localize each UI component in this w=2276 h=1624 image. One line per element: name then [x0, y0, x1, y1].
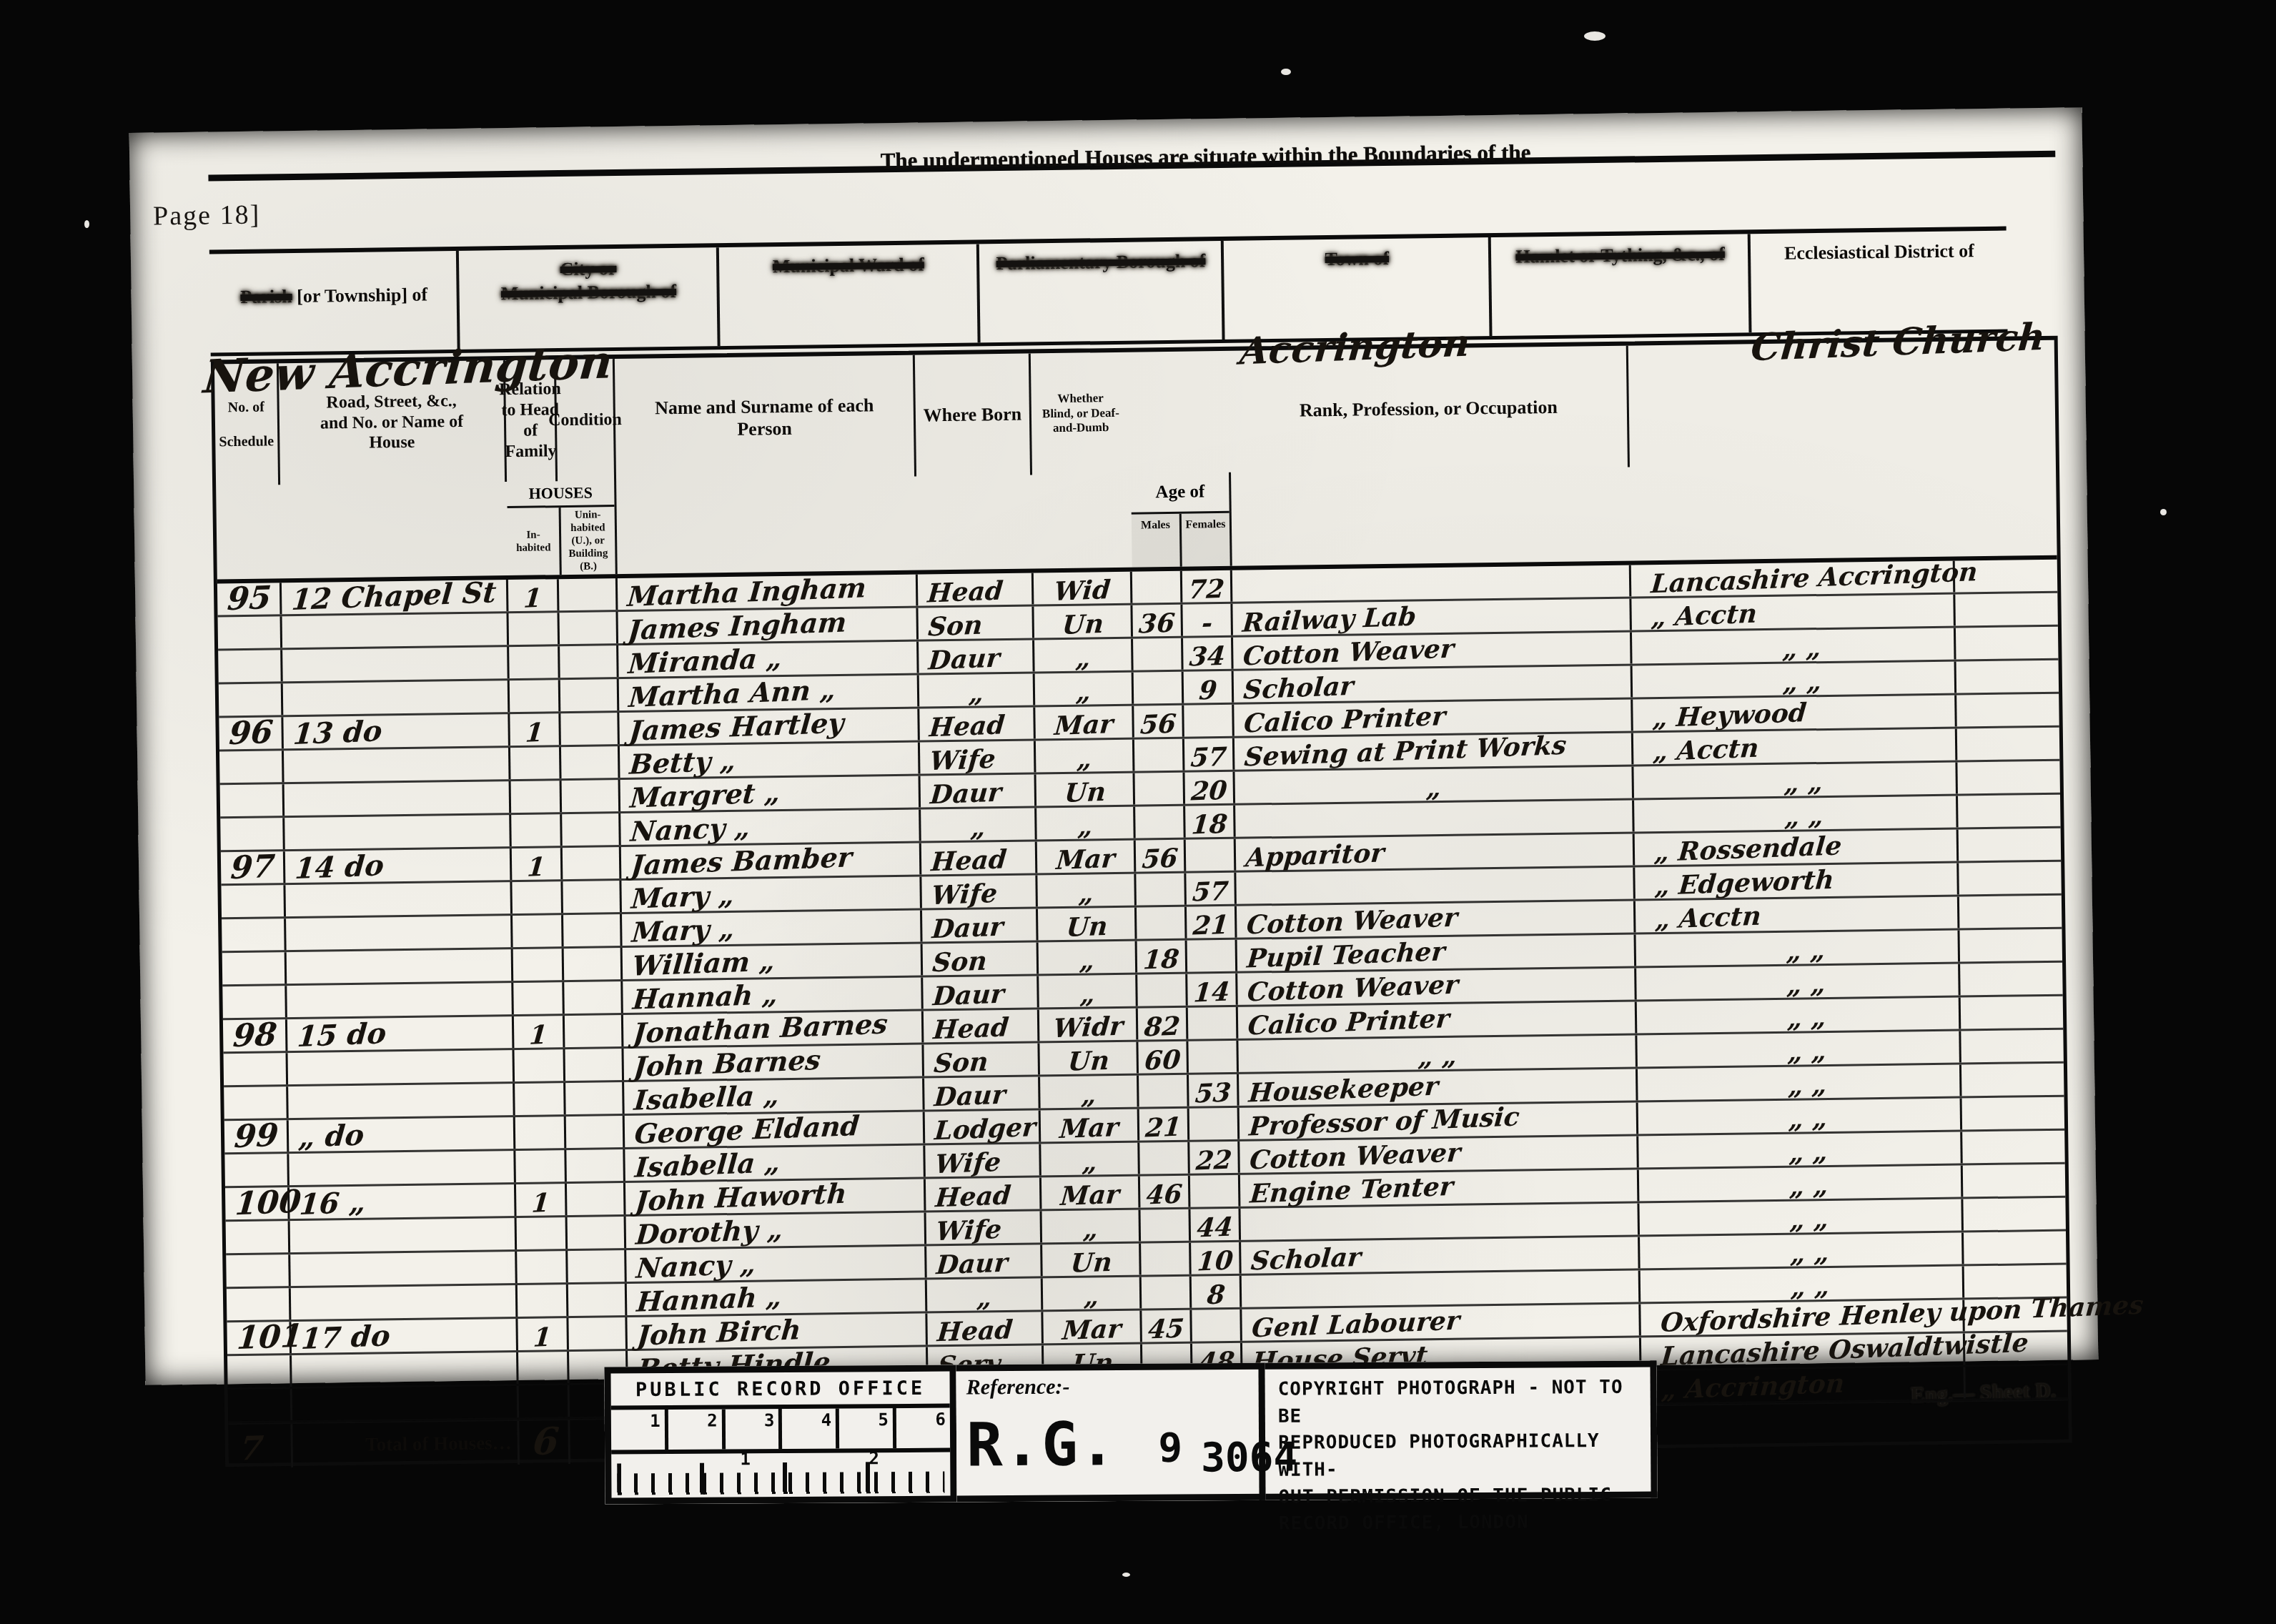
cell-age_f	[1188, 1007, 1239, 1039]
cell-uninh	[568, 1284, 628, 1316]
cell-name: John Birch	[627, 1313, 928, 1348]
ruler-inch-label: 1	[740, 1449, 751, 1469]
district-label-ecclesiastical: Ecclesiastical District of	[1758, 239, 2002, 266]
cell-condition: Mar	[1043, 1311, 1142, 1344]
cell-inh	[510, 680, 561, 712]
cell-condition: „	[1040, 1076, 1139, 1109]
cell-relation: Head	[927, 1312, 1044, 1345]
cell-uninh	[566, 1116, 625, 1148]
cell-condition: „	[1037, 874, 1137, 907]
cell-blind	[1962, 1097, 2058, 1130]
cell-uninh	[559, 612, 618, 644]
cell-inh	[515, 1116, 567, 1149]
cell-relation: „	[919, 673, 1036, 706]
cell-age_m	[1133, 638, 1184, 670]
cell-road	[284, 781, 512, 816]
cell-name: Miranda „	[618, 642, 919, 677]
cell-inh: 1	[508, 579, 560, 611]
cell-blind	[1957, 761, 2053, 794]
district-label-ward: Municipal Ward of	[726, 253, 971, 279]
cell-road	[286, 916, 513, 950]
pro-stamp-copyright-section: COPYRIGHT PHOTOGRAPH - NOT TO BE REPRODU…	[1265, 1361, 1657, 1500]
cell-age_f: 20	[1184, 772, 1235, 804]
cell-age_m	[1141, 1243, 1192, 1275]
cell-born: „ Rossendale	[1635, 830, 1959, 866]
cell-born: Lancashire Accrington	[1631, 561, 1956, 597]
cell-blind	[1960, 963, 2056, 996]
cell-born: „ „	[1634, 796, 1959, 832]
district-label-parliamentary: Parliamentary Borough of	[986, 249, 1216, 276]
cell-born: „ „	[1639, 1199, 1964, 1234]
cell-age_m	[1139, 1142, 1190, 1174]
cell-occupation: Railway Lab	[1232, 599, 1632, 635]
cell-occupation: Housekeeper	[1239, 1069, 1638, 1105]
cell-uninh	[565, 1049, 624, 1081]
cell-age_f	[1190, 1175, 1241, 1207]
reference-piece: 9	[1158, 1425, 1182, 1472]
cell-uninh	[563, 881, 622, 913]
cell-blind	[1961, 1030, 2057, 1063]
cell-road	[287, 983, 514, 1017]
column-header-name: Name and Surname of each Person	[615, 355, 916, 480]
cell-age_m	[1134, 739, 1185, 771]
ruler-cm-cell: 5	[839, 1408, 896, 1448]
cell-age_m	[1137, 907, 1187, 939]
cell-uninh	[559, 578, 618, 610]
cell-name: Nancy „	[620, 810, 921, 845]
film-speck	[1122, 1573, 1130, 1577]
cell-inh: 1	[514, 1016, 565, 1048]
cell-occupation: Professor of Music	[1240, 1102, 1639, 1139]
cell-schedule	[227, 1355, 292, 1387]
cell-blind	[1961, 996, 2057, 1029]
ruler-cm-cell: 2	[668, 1409, 726, 1449]
cell-schedule	[228, 1389, 293, 1421]
cell-schedule	[226, 1254, 291, 1287]
cell-blind	[1964, 1265, 2060, 1298]
cell-road: „ do	[289, 1117, 516, 1152]
ruler-cm-cell: 1	[611, 1410, 668, 1450]
cell-age_m	[1139, 1075, 1189, 1107]
cell-schedule	[226, 1221, 291, 1253]
cell-relation: Daur	[922, 908, 1039, 941]
cell-road	[288, 1084, 515, 1118]
cell-age_f	[1188, 1041, 1239, 1073]
cell-occupation	[1235, 800, 1635, 836]
cell-blind	[1959, 929, 2055, 962]
district-box-parish: Parish [or Township] of New Accrington	[209, 251, 460, 353]
district-box-town: Town of Accrington	[1224, 237, 1493, 340]
cell-occupation: Apparitor	[1236, 833, 1636, 870]
cell-name: Martha Ingham	[618, 575, 919, 610]
cell-born: Oxfordshire Henley upon Thames	[1641, 1299, 1965, 1335]
cell-inh: 1	[518, 1318, 569, 1350]
cell-age_f: 72	[1182, 570, 1233, 603]
cell-uninh	[568, 1317, 628, 1350]
column-header-blind: Whether Blind, or Deaf- and-Dumb	[1031, 352, 1131, 475]
cell-relation: Wife	[926, 1211, 1043, 1244]
cell-name: John Haworth	[625, 1179, 926, 1214]
cell-condition: „	[1039, 975, 1138, 1008]
cell-age_m: 56	[1136, 840, 1187, 872]
cell-age_f: 18	[1185, 806, 1236, 838]
cell-inh: 1	[512, 848, 563, 880]
cell-born: „ „	[1638, 1132, 1963, 1168]
cell-age_f	[1192, 1309, 1242, 1342]
cell-road	[282, 613, 510, 648]
cell-inh	[508, 613, 560, 645]
cell-occupation: „	[1235, 766, 1634, 803]
district-box-ecclesiastical: Ecclesiastical District of Christ Church	[1750, 231, 2007, 333]
cell-inh	[519, 1385, 570, 1417]
cell-condition: „	[1043, 1277, 1142, 1310]
cell-road	[288, 1050, 515, 1084]
reference-slash	[1189, 1410, 1198, 1475]
cell-born: „ „	[1639, 1166, 1964, 1202]
cell-age_m	[1132, 571, 1183, 603]
column-header-age-group: Age of Males Females	[1131, 472, 1232, 568]
cell-uninh	[567, 1183, 626, 1215]
cell-occupation: Sewing at Print Works	[1235, 733, 1634, 769]
cell-relation: Head	[919, 707, 1036, 740]
cell-age_f: 53	[1189, 1074, 1240, 1106]
cell-inh	[511, 781, 563, 813]
cell-uninh	[568, 1217, 627, 1249]
ruler-cm-cell: 4	[782, 1408, 839, 1448]
cell-inh	[517, 1251, 568, 1283]
cell-inh	[518, 1352, 570, 1384]
pro-stamp: PUBLIC RECORD OFFICE 123456 1 2 Referenc…	[604, 1361, 1657, 1505]
cell-born: „ „	[1633, 763, 1958, 798]
cell-schedule: 99	[224, 1120, 290, 1152]
cell-blind	[1956, 694, 2052, 727]
cell-occupation: Calico Printer	[1238, 1001, 1638, 1038]
cell-age_f: 10	[1191, 1242, 1242, 1274]
cell-born: „ „	[1640, 1232, 1964, 1268]
cell-born: „ „	[1637, 1031, 1961, 1067]
cell-born: „ „	[1632, 628, 1956, 664]
cell-relation: Wife	[920, 741, 1036, 773]
cell-schedule	[220, 818, 285, 850]
cell-age_f	[1187, 940, 1238, 972]
cell-uninh	[560, 679, 620, 711]
cell-inh	[517, 1217, 568, 1249]
cell-total-tally: 7	[228, 1424, 293, 1468]
cell-blind	[1955, 593, 2051, 626]
cell-condition: Un	[1042, 1244, 1142, 1277]
cell-born: „ Acctn	[1633, 729, 1958, 765]
district-label-parish: [or Township] of	[292, 284, 427, 306]
district-box-parliamentary: Parliamentary Borough of	[979, 241, 1225, 342]
cell-name: William „	[623, 944, 924, 979]
cell-blind	[1963, 1198, 2059, 1231]
cell-age_m: 45	[1142, 1310, 1192, 1342]
cell-uninh	[561, 746, 620, 778]
cell-age_m: 82	[1138, 1008, 1189, 1040]
cell-relation: Son	[918, 606, 1034, 639]
cell-road	[292, 1386, 520, 1420]
cell-schedule: 95	[217, 583, 282, 615]
cell-name: James Ingham	[618, 608, 919, 643]
cell-age_m: 36	[1132, 605, 1183, 637]
reference-series: R.G.	[966, 1418, 1117, 1473]
cell-age_m	[1134, 672, 1184, 704]
cell-relation: Lodger	[925, 1110, 1041, 1143]
cell-uninh	[560, 713, 620, 745]
cell-road	[292, 1352, 519, 1387]
district-box-borough: City or Municipal Borough of	[459, 247, 720, 350]
cell-name: George Eldand	[625, 1112, 926, 1147]
cell-born: „ „	[1636, 964, 1961, 1000]
cell-blind	[1962, 1131, 2058, 1164]
cell-age_m: 18	[1137, 941, 1188, 973]
cell-name: Dorothy „	[626, 1212, 927, 1247]
cell-schedule	[222, 986, 287, 1018]
cell-occupation: „ „	[1238, 1035, 1638, 1071]
cell-occupation: Cotton Weaver	[1233, 632, 1633, 668]
cell-inh	[509, 646, 560, 678]
cell-uninh	[564, 981, 623, 1014]
cell-occupation: Cotton Weaver	[1237, 901, 1636, 937]
cell-relation: Wife	[921, 875, 1038, 908]
district-label-parish-struck: Parish	[240, 285, 292, 307]
cell-inh: 1	[516, 1184, 568, 1216]
cell-road	[290, 1252, 518, 1286]
cell-road	[283, 680, 510, 715]
cell-relation: „	[921, 808, 1037, 841]
column-header-age: Age of	[1131, 472, 1229, 513]
cell-uninh	[566, 1149, 625, 1182]
column-header-houses: HOUSES	[507, 480, 614, 508]
cell-occupation	[1232, 565, 1632, 602]
cell-schedule	[218, 616, 283, 648]
cell-blind	[1958, 795, 2054, 828]
film-speck	[1584, 31, 1605, 41]
cell-road: 12 Chapel St	[282, 580, 509, 614]
cell-relation: Daur	[919, 640, 1035, 673]
cell-blind	[1961, 1064, 2057, 1096]
page-number-label: Page 18]	[153, 199, 261, 232]
cell-condition: Widr	[1039, 1009, 1139, 1041]
cell-schedule	[221, 885, 286, 917]
cell-condition: Mar	[1037, 841, 1137, 873]
cell-name: Hannah „	[627, 1279, 928, 1314]
cell-road: 15 do	[287, 1016, 515, 1051]
cell-age_f: 8	[1192, 1276, 1242, 1308]
cell-schedule: 101	[227, 1322, 292, 1354]
cell-blind	[1964, 1232, 2059, 1264]
cell-blind	[1956, 627, 2052, 660]
cell-name: Margret „	[620, 776, 921, 811]
cell-name: Isabella „	[625, 1145, 926, 1180]
cell-age_m	[1140, 1209, 1191, 1242]
cell-schedule: 97	[221, 851, 286, 883]
cell-road	[287, 949, 514, 984]
film-speck	[84, 220, 89, 228]
district-box-hamlet: Hamlet or Tything, &c., of	[1491, 234, 1751, 336]
cell-born: Lancashire Oswaldtwistle	[1641, 1333, 1966, 1369]
cell-age_m	[1134, 773, 1185, 805]
cell-occupation	[1236, 867, 1636, 903]
column-header-inhabited: In- habited	[508, 508, 562, 575]
cell-uninh	[563, 914, 623, 946]
cell-occupation: Engine Tenter	[1240, 1169, 1640, 1206]
cell-born: „ Accrington	[1642, 1367, 1966, 1402]
ruler-inch-label: 2	[869, 1448, 879, 1468]
cell-inh	[510, 747, 562, 779]
cell-schedule	[220, 784, 285, 816]
cell-name: Mary „	[621, 877, 922, 912]
reference-label: Reference:-	[966, 1374, 1249, 1400]
cell-road	[290, 1218, 518, 1252]
cell-relation: Son	[923, 942, 1039, 975]
cell-born: „ „	[1636, 931, 1961, 966]
column-header-females: Females	[1182, 513, 1230, 567]
cell-condition: Wid	[1034, 572, 1133, 605]
cell-occupation: Scholar	[1241, 1237, 1641, 1273]
cell-schedule: 96	[219, 717, 284, 749]
cell-born: „ „	[1638, 1099, 1963, 1134]
cell-condition: Un	[1034, 605, 1133, 638]
cell-condition: Mar	[1035, 706, 1134, 739]
cell-condition: „	[1036, 807, 1136, 840]
cell-condition: Un	[1039, 1042, 1139, 1075]
cell-schedule: 100	[225, 1187, 290, 1219]
cell-age_m: 60	[1138, 1041, 1189, 1074]
cell-blind	[1959, 862, 2054, 895]
pro-office-title: PUBLIC RECORD OFFICE	[610, 1372, 949, 1410]
cell-age_f: 22	[1189, 1142, 1240, 1174]
cell-schedule	[219, 751, 284, 783]
cell-relation: Wife	[925, 1144, 1041, 1177]
cell-age_f: -	[1182, 604, 1233, 636]
cell-road	[284, 748, 511, 782]
cell-occupation: Calico Printer	[1234, 699, 1633, 736]
cell-age_f	[1186, 839, 1237, 871]
cell-condition: Un	[1036, 773, 1136, 806]
cell-road	[291, 1285, 518, 1319]
cell-born: „ „	[1641, 1266, 1965, 1302]
cell-age_f: 14	[1187, 974, 1238, 1006]
cell-inh	[512, 881, 563, 914]
cell-age_m: 56	[1134, 705, 1184, 738]
cell-relation: Head	[926, 1177, 1042, 1210]
cell-condition: „	[1041, 1143, 1140, 1176]
cell-total-houses-label: Total of Houses…	[292, 1421, 520, 1467]
cell-age_f: 44	[1190, 1209, 1241, 1241]
cell-occupation	[1240, 1203, 1640, 1239]
reference-number: 3064	[1201, 1435, 1297, 1482]
cell-inh	[513, 982, 565, 1014]
district-label-town: Town of	[1231, 246, 1483, 272]
pro-stamp-reference-section: Reference:- R.G. 9 3064	[956, 1363, 1265, 1502]
cell-road	[284, 815, 512, 849]
cell-condition: „	[1042, 1210, 1142, 1243]
cell-uninh	[563, 847, 622, 879]
boundaries-heading: The undermentioned Houses are situate wi…	[836, 139, 1575, 174]
cell-age_m	[1136, 873, 1187, 906]
cell-road: 17 do	[291, 1319, 518, 1353]
cell-born: „ Heywood	[1633, 695, 1957, 731]
district-label-hamlet: Hamlet or Tything, &c., of	[1498, 242, 1742, 269]
district-value-town: Accrington	[1238, 321, 1471, 373]
cell-condition: „	[1036, 740, 1135, 773]
cell-road	[289, 1151, 516, 1185]
cell-relation: „	[927, 1278, 1044, 1311]
cell-schedule: 98	[223, 1019, 288, 1051]
cell-condition: Un	[1038, 908, 1137, 941]
cell-occupation: Scholar	[1234, 665, 1633, 702]
cell-total-houses-value: 6	[519, 1420, 570, 1465]
copyright-notice: COPYRIGHT PHOTOGRAPH - NOT TO BE REPRODU…	[1278, 1375, 1648, 1538]
cell-age_m	[1137, 974, 1188, 1006]
film-speck	[2160, 509, 2167, 515]
pro-stamp-ruler-section: PUBLIC RECORD OFFICE 123456 1 2	[604, 1365, 956, 1504]
cell-schedule	[222, 919, 287, 951]
cell-condition: „	[1034, 639, 1134, 672]
cell-schedule	[222, 952, 287, 984]
cell-blind	[1963, 1164, 2059, 1197]
cell-uninh	[564, 948, 623, 980]
cell-relation: Son	[924, 1043, 1040, 1076]
cell-schedule	[224, 1154, 290, 1186]
film-speck	[1281, 69, 1291, 75]
cell-relation: Head	[918, 573, 1034, 605]
cell-relation: Head	[921, 841, 1038, 874]
cell-condition: Mar	[1041, 1177, 1141, 1209]
cell-relation: Daur	[923, 976, 1039, 1009]
cell-age_f: 34	[1183, 638, 1234, 670]
column-header-uninhabited: Unin- habited (U.), or Building (B.)	[561, 507, 615, 575]
cell-inh	[518, 1284, 569, 1317]
cell-blind	[1965, 1366, 2061, 1399]
cell-occupation: Genl Labourer	[1242, 1304, 1641, 1340]
cell-name: Mary „	[622, 911, 923, 946]
ruler-cm-cell: 3	[725, 1409, 782, 1449]
cell-inh: 1	[510, 713, 561, 746]
cell-uninh	[565, 1015, 624, 1047]
cell-road: 13 do	[283, 714, 510, 748]
ruler-cm-cell: 6	[896, 1408, 950, 1448]
cell-inh	[513, 915, 564, 947]
district-label-borough: City or Municipal Borough of	[466, 256, 711, 305]
cell-age_f: 57	[1184, 738, 1235, 771]
ruler-inch-scale: 1 2	[611, 1452, 950, 1498]
cell-uninh	[560, 645, 619, 678]
cell-uninh	[568, 1250, 627, 1282]
cell-blind	[1959, 896, 2055, 929]
cell-occupation: Cotton Weaver	[1237, 968, 1637, 1004]
cell-age_f: 57	[1186, 873, 1237, 905]
column-header-born: Where Born	[915, 353, 1032, 476]
cell-schedule	[224, 1086, 289, 1119]
cell-name: John Barnes	[623, 1045, 924, 1080]
column-header-houses-group: HOUSES In- habited Unin- habited (U.), o…	[507, 480, 618, 575]
cell-road	[285, 882, 513, 916]
cell-road	[282, 647, 510, 681]
cell-age_m: 21	[1139, 1109, 1190, 1141]
cell-condition: „	[1039, 941, 1138, 974]
census-table: No. of Schedule Road, Street, &c., and N…	[211, 336, 2072, 1467]
cell-inh	[515, 1083, 566, 1115]
cell-schedule	[224, 1053, 289, 1085]
district-box-ward: Municipal Ward of	[718, 244, 980, 346]
cell-inh	[511, 814, 563, 846]
cell-name: Jonathan Barnes	[623, 1011, 924, 1046]
cell-age_f: 9	[1184, 671, 1235, 703]
census-page: Page 18] The undermentioned Houses are s…	[129, 107, 2099, 1385]
cell-blind	[1956, 660, 2052, 693]
